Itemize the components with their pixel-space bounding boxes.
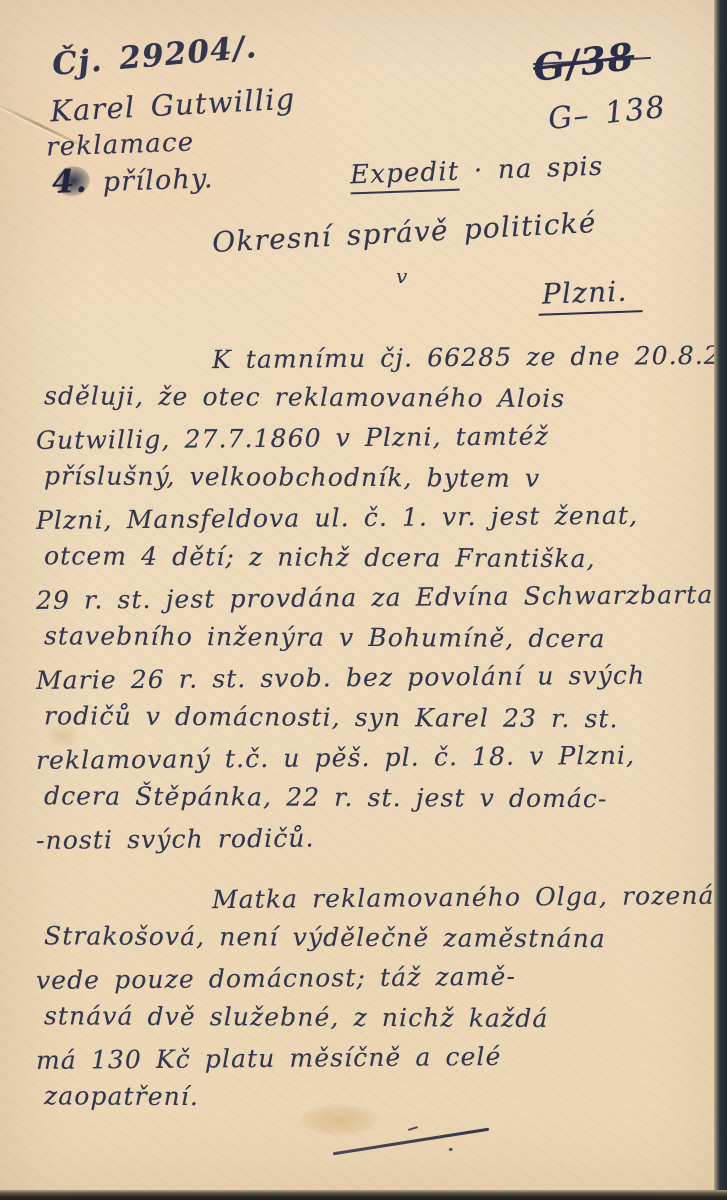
handwritten-line: sděluji, že otec reklamovaného Alois: [44, 376, 704, 419]
file-number: G– 138: [546, 90, 667, 137]
handwritten-line: stnává dvě služebné, z nichž každá: [44, 996, 704, 1039]
handwritten-line: Plzni, Mansfeldova ul. č. 1. vr. jest že…: [36, 495, 704, 541]
handwritten-line: stavebního inženýra v Bohumíně, dcera: [44, 616, 704, 659]
paper-stain: [300, 1104, 378, 1136]
handwritten-line: -nosti svých rodičů.: [36, 815, 704, 861]
handwritten-line: Matka reklamovaného Olga, rozená: [212, 876, 704, 920]
addressee-city: Plzni.: [537, 274, 642, 316]
handwritten-line: Marie 26 r. st. svob. bez povolání u svý…: [36, 655, 704, 701]
handwritten-line: příslušný, velkoobchodník, bytem v: [44, 456, 704, 499]
reference-number: Čj. 29204/.: [51, 29, 259, 83]
handwritten-line: má 130 Kč platu měsíčně a celé: [36, 1035, 704, 1081]
handwritten-line: rodičů v domácnosti, syn Karel 23 r. st.: [44, 696, 704, 739]
scan-edge-bottom: [0, 1190, 727, 1200]
handwritten-line: 29 r. st. jest provdána za Edvína Schwar…: [36, 575, 704, 621]
subject-line: reklamace: [46, 127, 195, 162]
scanned-letter-page: Čj. 29204/. Karel Gutwillig reklamace 4.…: [0, 0, 727, 1200]
addressee-preposition: v: [396, 264, 409, 288]
handwritten-line: K tamnímu čj. 66285 ze dne 20.8.26: [212, 336, 704, 380]
handwritten-line: reklamovaný t.č. u pěš. pl. č. 18. v Plz…: [36, 735, 704, 781]
paper-stain: [46, 724, 80, 748]
paper-stain: [482, 432, 500, 444]
handwritten-line: dcera Štěpánka, 22 r. st. jest v domác-: [44, 776, 704, 819]
body-paragraph-2: Matka reklamovaného Olga, rozenáStrakošo…: [36, 878, 704, 1118]
handwritten-line: Strakošová, není výdělečně zaměstnána: [44, 916, 704, 959]
enclosures-word: přílohy.: [102, 163, 214, 198]
scan-edge-right: [714, 0, 727, 1200]
filing-note: Expedit · na spis: [350, 152, 604, 191]
handwritten-line: vede pouze domácnost; táž zamě-: [36, 955, 704, 1001]
body-paragraph-1: K tamnímu čj. 66285 ze dne 20.8.26sděluj…: [36, 338, 704, 858]
handwritten-line: Gutwillig, 27.7.1860 v Plzni, tamtéž: [36, 415, 704, 461]
sender-name: Karel Gutwillig: [49, 82, 296, 129]
addressee-office: Okresní správě politické: [211, 206, 597, 259]
filing-note-underlined: Expedit: [350, 157, 461, 195]
filing-note-rest: · na spis: [473, 152, 603, 187]
handwritten-line: otcem 4 dětí; z nichž dcera Františka,: [44, 536, 704, 579]
